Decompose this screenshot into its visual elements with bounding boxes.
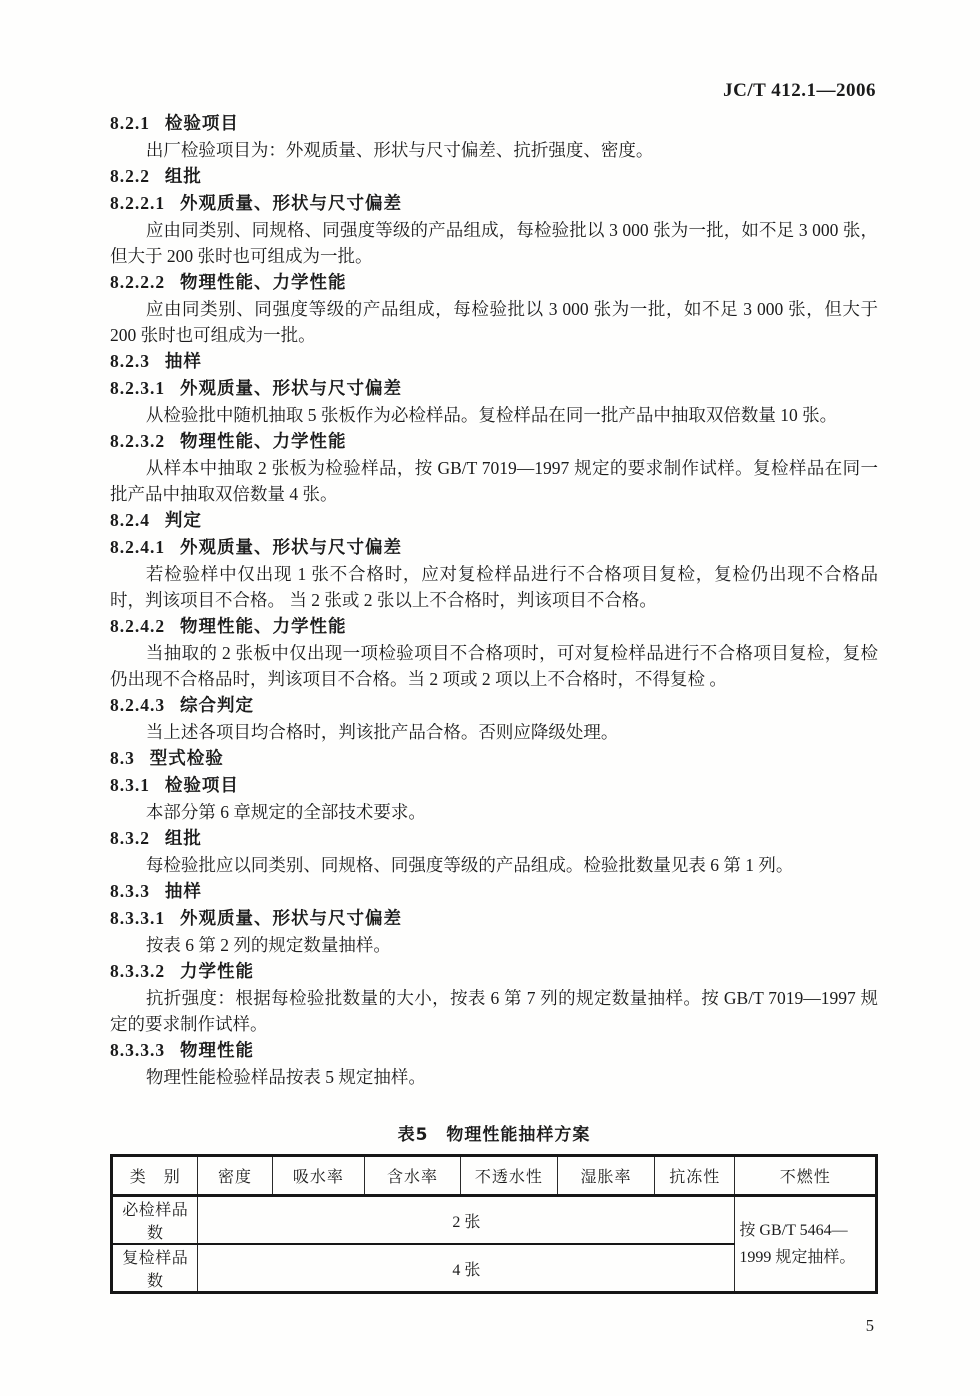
- section-title: 抽样: [165, 882, 202, 902]
- section-number: 8.2.2: [110, 166, 150, 186]
- paragraph: 若检验样中仅出现 1 张不合格时，应对复检样品进行不合格项目复检，复检仍出现不合…: [110, 561, 878, 613]
- section-heading: 8.3.1检验项目: [110, 772, 878, 799]
- table5-header-frost-resistance: 抗冻性: [655, 1156, 735, 1196]
- section-number: 8.2.2.2: [110, 272, 165, 292]
- section-heading: 8.3.3.1外观质量、形状与尺寸偏差: [110, 905, 878, 932]
- paragraph: 应由同类别、同强度等级的产品组成，每检验批以 3 000 张为一批，如不足 3 …: [110, 296, 878, 348]
- paragraph: 应由同类别、同规格、同强度等级的产品组成，每检验批以 3 000 张为一批，如不…: [110, 217, 878, 269]
- section-number: 8.2.4.2: [110, 616, 165, 636]
- page-number: 5: [866, 1316, 874, 1336]
- section-heading: 8.3型式检验: [110, 745, 878, 772]
- section-title: 物理性能、力学性能: [180, 432, 347, 452]
- incombustibility-note: 按 GB/T 5464—1999 规定抽样。: [735, 1196, 877, 1293]
- section-number: 8.3.3.2: [110, 961, 165, 981]
- section-title: 检验项目: [165, 114, 239, 134]
- section-title: 力学性能: [180, 962, 254, 982]
- table5-header-moisture-content: 含水率: [365, 1156, 461, 1196]
- table5-header-water-absorption: 吸水率: [272, 1156, 365, 1196]
- table5-header-density: 密度: [198, 1156, 272, 1196]
- paragraph: 物理性能检验样品按表 5 规定抽样。: [110, 1064, 878, 1090]
- row-label: 复检样品数: [112, 1244, 198, 1293]
- table5-header-impermeability: 不透水性: [460, 1156, 557, 1196]
- section-number: 8.3.3.3: [110, 1040, 165, 1060]
- section-number: 8.3.2: [110, 828, 150, 848]
- table5-header-moisture-expansion: 湿胀率: [557, 1156, 654, 1196]
- section-heading: 8.2.2组批: [110, 163, 878, 190]
- row-value: 2 张: [198, 1196, 735, 1245]
- table5-header-incombustibility: 不燃性: [735, 1156, 877, 1196]
- section-number: 8.2.3.1: [110, 378, 165, 398]
- table5-title: 表5 物理性能抽样方案: [110, 1120, 878, 1145]
- paragraph: 从检验批中随机抽取 5 张板作为必检样品。复检样品在同一批产品中抽取双倍数量 1…: [110, 402, 878, 428]
- section-title: 外观质量、形状与尺寸偏差: [180, 379, 402, 399]
- paragraph: 从样本中抽取 2 张板为检验样品，按 GB/T 7019—1997 规定的要求制…: [110, 455, 878, 507]
- table5-sampling-plan: 类 别 密度 吸水率 含水率 不透水性 湿胀率 抗冻性 不燃性 必检样品数 2 …: [110, 1154, 878, 1294]
- section-title: 型式检验: [150, 749, 224, 769]
- section-title: 外观质量、形状与尺寸偏差: [180, 909, 402, 929]
- section-number: 8.2.3.2: [110, 431, 165, 451]
- section-number: 8.2.4.1: [110, 537, 165, 557]
- doc-number-header: JC/T 412.1—2006: [723, 80, 876, 102]
- section-title: 检验项目: [165, 776, 239, 796]
- row-label: 必检样品数: [112, 1196, 198, 1245]
- section-title: 外观质量、形状与尺寸偏差: [180, 194, 402, 214]
- document-page: JC/T 412.1—2006 8.2.1检验项目出厂检验项目为：外观质量、形状…: [0, 0, 980, 1396]
- section-title: 物理性能、力学性能: [180, 617, 347, 637]
- section-number: 8.2.2.1: [110, 193, 165, 213]
- paragraph: 每检验批应以同类别、同规格、同强度等级的产品组成。检验批数量见表 6 第 1 列…: [110, 852, 878, 878]
- section-heading: 8.2.3.2物理性能、力学性能: [110, 428, 878, 455]
- paragraph: 当上述各项目均合格时，判该批产品合格。否则应降级处理。: [110, 719, 878, 745]
- paragraph: 本部分第 6 章规定的全部技术要求。: [110, 799, 878, 825]
- section-title: 组批: [165, 167, 202, 187]
- section-heading: 8.2.3抽样: [110, 348, 878, 375]
- section-title: 外观质量、形状与尺寸偏差: [180, 538, 402, 558]
- section-number: 8.3.1: [110, 775, 150, 795]
- paragraph: 抗折强度：根据每检验批数量的大小，按表 6 第 7 列的规定数量抽样。按 GB/…: [110, 985, 878, 1037]
- section-heading: 8.2.2.1外观质量、形状与尺寸偏差: [110, 190, 878, 217]
- section-heading: 8.3.3.2力学性能: [110, 958, 878, 985]
- section-heading: 8.2.1检验项目: [110, 110, 878, 137]
- section-number: 8.2.3: [110, 351, 150, 371]
- table5-header-category: 类 别: [112, 1156, 198, 1196]
- section-heading: 8.3.2组批: [110, 825, 878, 852]
- paragraph: 出厂检验项目为：外观质量、形状与尺寸偏差、抗折强度、密度。: [110, 137, 878, 163]
- section-heading: 8.3.3抽样: [110, 878, 878, 905]
- section-heading: 8.2.4判定: [110, 507, 878, 534]
- section-title: 组批: [165, 829, 202, 849]
- section-number: 8.3.3: [110, 881, 150, 901]
- section-number: 8.2.4.3: [110, 695, 165, 715]
- section-heading: 8.2.4.1外观质量、形状与尺寸偏差: [110, 534, 878, 561]
- row-value: 4 张: [198, 1244, 735, 1293]
- section-title: 抽样: [165, 352, 202, 372]
- section-title: 判定: [165, 511, 202, 531]
- section-title: 综合判定: [180, 696, 254, 716]
- section-heading: 8.2.4.2物理性能、力学性能: [110, 613, 878, 640]
- section-number: 8.2.4: [110, 510, 150, 530]
- section-heading: 8.2.4.3综合判定: [110, 692, 878, 719]
- section-title: 物理性能: [180, 1041, 254, 1061]
- document-content: 8.2.1检验项目出厂检验项目为：外观质量、形状与尺寸偏差、抗折强度、密度。8.…: [110, 110, 878, 1294]
- table-row-required-samples: 必检样品数 2 张 按 GB/T 5464—1999 规定抽样。: [112, 1196, 877, 1245]
- section-heading: 8.2.2.2物理性能、力学性能: [110, 269, 878, 296]
- section-number: 8.2.1: [110, 113, 150, 133]
- paragraph: 按表 6 第 2 列的规定数量抽样。: [110, 932, 878, 958]
- table5-header-row: 类 别 密度 吸水率 含水率 不透水性 湿胀率 抗冻性 不燃性: [112, 1156, 877, 1196]
- section-blocks: 8.2.1检验项目出厂检验项目为：外观质量、形状与尺寸偏差、抗折强度、密度。8.…: [110, 110, 878, 1090]
- section-number: 8.3.3.1: [110, 908, 165, 928]
- section-heading: 8.2.3.1外观质量、形状与尺寸偏差: [110, 375, 878, 402]
- section-title: 物理性能、力学性能: [180, 273, 347, 293]
- paragraph: 当抽取的 2 张板中仅出现一项检验项目不合格项时，可对复检样品进行不合格项目复检…: [110, 640, 878, 692]
- section-number: 8.3: [110, 748, 135, 768]
- section-heading: 8.3.3.3物理性能: [110, 1037, 878, 1064]
